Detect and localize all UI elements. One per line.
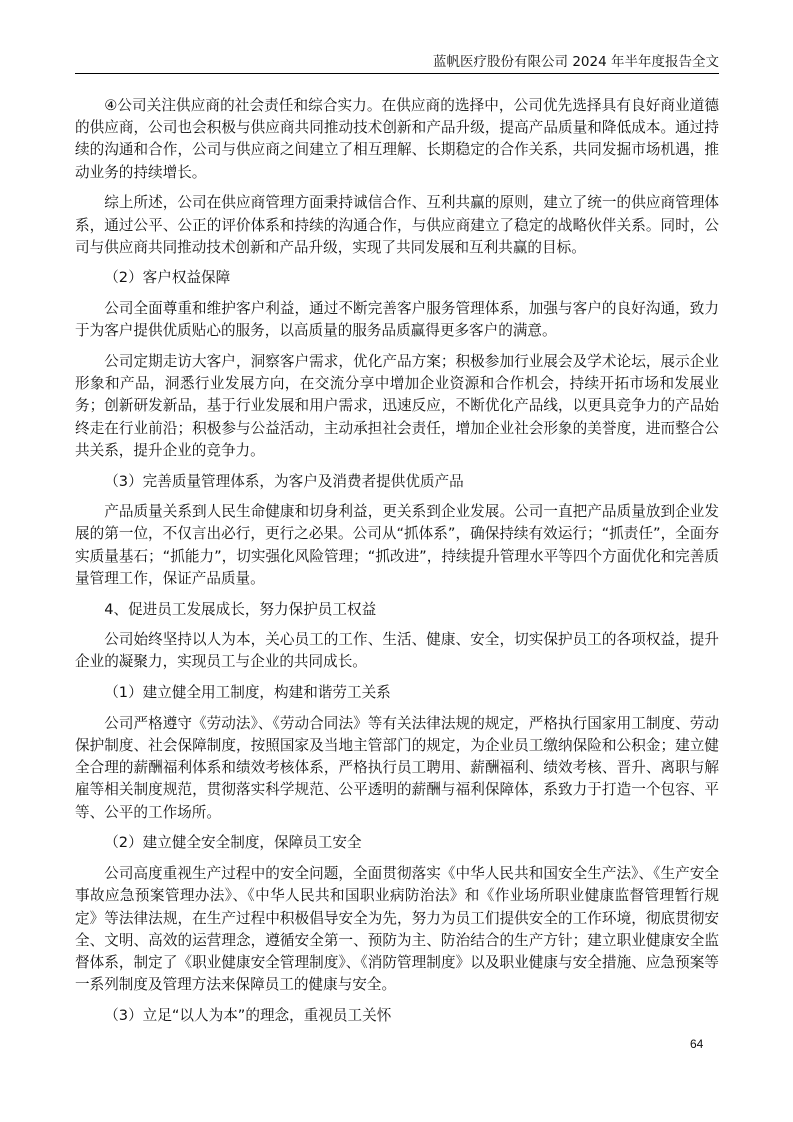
paragraph-production-safety: 公司高度重视生产过程中的安全问题，全面贯彻落实《中华人民共和国安全生产法》、《生… xyxy=(75,863,719,996)
section-heading-employee-development: 4、促进员工发展成长，努力保护员工权益 xyxy=(75,599,719,621)
section-heading-customer-rights: （2）客户权益保障 xyxy=(75,267,719,289)
page-number: 64 xyxy=(690,1037,703,1051)
paragraph-people-oriented: 公司始终坚持以人为本，关心员工的工作、生活、健康、安全，切实保护员工的各项权益，… xyxy=(75,629,719,673)
document-body: ④公司关注供应商的社会责任和综合实力。在供应商的选择中，公司优先选择具有良好商业… xyxy=(75,95,719,1036)
page-header: 蓝帆医疗股份有限公司 2024 年半年度报告全文 xyxy=(75,52,719,74)
section-heading-employment-system: （1）建立健全用工制度，构建和谐劳工关系 xyxy=(75,682,719,704)
paragraph-labor-law: 公司严格遵守《劳动法》、《劳动合同法》等有关法律法规的规定，严格执行国家用工制度… xyxy=(75,713,719,824)
section-heading-quality-management: （3）完善质量管理体系，为客户及消费者提供优质产品 xyxy=(75,471,719,493)
paragraph-supplier-summary: 综上所述，公司在供应商管理方面秉持诚信合作、互利共赢的原则，建立了统一的供应商管… xyxy=(75,192,719,259)
paragraph-product-quality: 产品质量关系到人民生命健康和切身利益，更关系到企业发展。公司一直把产品质量放到企… xyxy=(75,501,719,590)
header-title: 蓝帆医疗股份有限公司 2024 年半年度报告全文 xyxy=(433,54,719,70)
paragraph-customer-visits: 公司定期走访大客户，洞察客户需求，优化产品方案；积极参加行业展会及学术论坛，展示… xyxy=(75,351,719,462)
section-heading-safety-system: （2）建立健全安全制度，保障员工安全 xyxy=(75,832,719,854)
section-heading-employee-care: （3）立足“以人为本”的理念，重视员工关怀 xyxy=(75,1005,719,1027)
paragraph-supplier-responsibility: ④公司关注供应商的社会责任和综合实力。在供应商的选择中，公司优先选择具有良好商业… xyxy=(75,95,719,184)
paragraph-customer-service: 公司全面尊重和维护客户利益，通过不断完善客户服务管理体系，加强与客户的良好沟通，… xyxy=(75,298,719,342)
